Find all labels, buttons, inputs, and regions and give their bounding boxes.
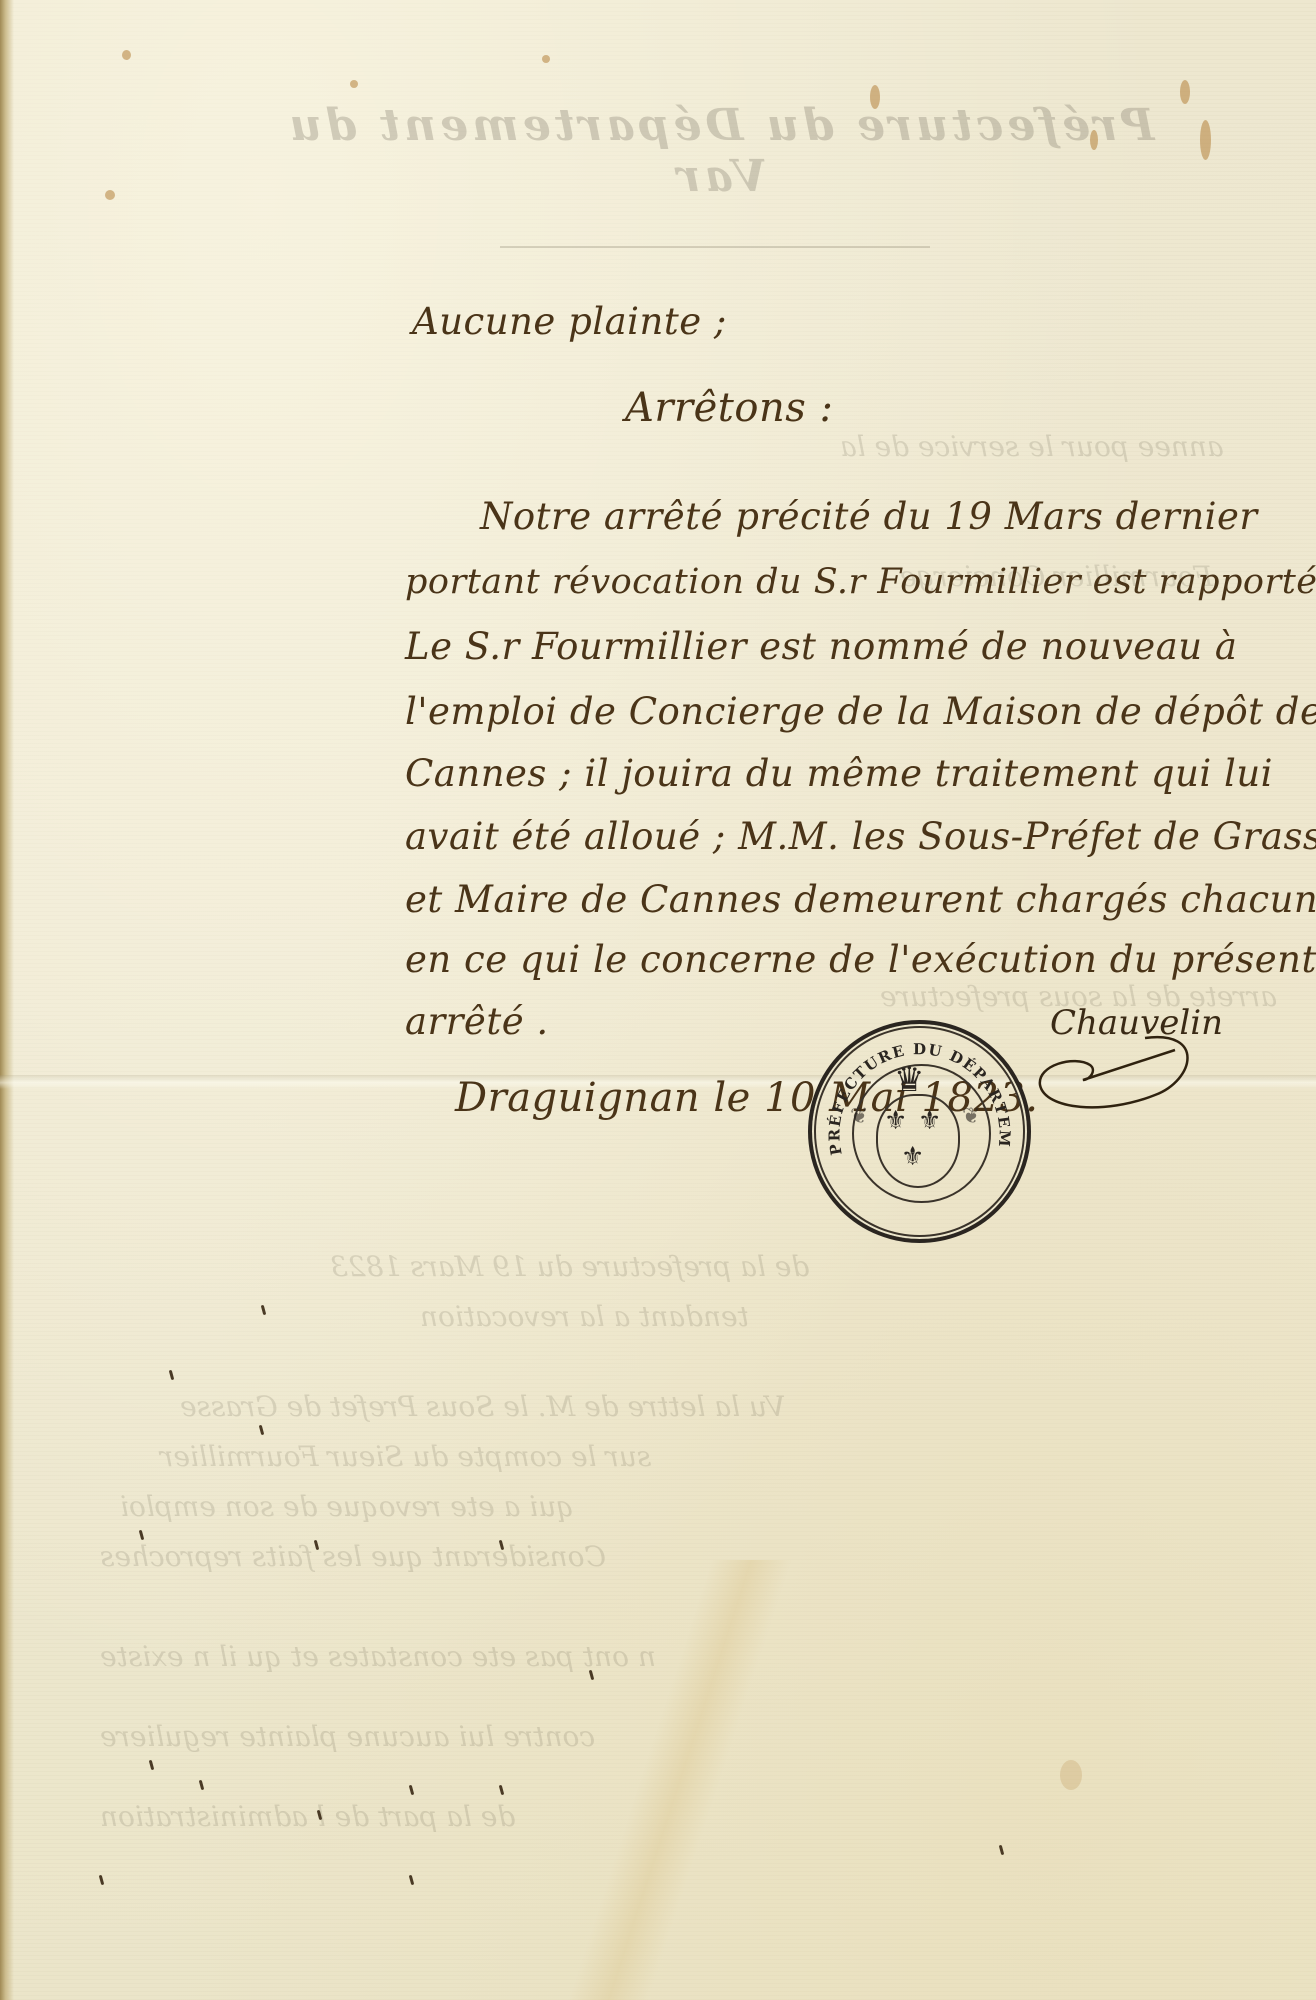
text-line: Notre arrêté précité du 19 Mars dernier	[480, 495, 1258, 538]
bleed-through-text: de la prefecture du 19 Mars 1823	[330, 1250, 809, 1283]
foxing-stain	[542, 55, 550, 63]
foxing-stain	[1180, 80, 1190, 104]
laurel-left-icon: ❦	[850, 1104, 868, 1129]
signature-paraph	[1035, 1030, 1215, 1120]
foxing-stain	[105, 190, 115, 200]
text-line: arrêté .	[405, 1000, 549, 1043]
bleed-through-text: annee pour le service de la	[840, 430, 1224, 463]
paper-edge	[0, 0, 14, 2000]
text-line: l'emploi de Concierge de la Maison de dé…	[405, 690, 1316, 733]
text-line: et Maire de Cannes demeurent chargés cha…	[405, 878, 1316, 921]
text-line: Le S.r Fourmillier est nommé de nouveau …	[405, 625, 1237, 668]
foxing-stain	[1200, 120, 1211, 160]
fleur-de-lis-icon: ⚜	[901, 1142, 924, 1172]
foxing-stain	[122, 50, 131, 60]
prefecture-seal: PRÉFECTURE DU DÉPARTEMENT DU VAR ♛ ⚜ ⚜ ⚜…	[808, 1020, 1031, 1243]
fleur-de-lis-icon: ⚜	[884, 1106, 907, 1136]
text-line: avait été alloué ; M.M. les Sous-Préfet …	[405, 815, 1316, 858]
text-line: Aucune plainte ;	[412, 300, 727, 343]
laurel-right-icon: ❦	[962, 1104, 980, 1129]
bleed-through-text: contre lui aucune plainte reguliere	[100, 1720, 595, 1753]
foxing-stain	[1060, 1760, 1082, 1790]
foxing-stain	[350, 80, 358, 88]
bleed-through-text: n ont pas ete constates et qu il n exist…	[100, 1640, 656, 1673]
bleed-through-text: Vu la lettre de M. le Sous Prefet de Gra…	[180, 1390, 785, 1423]
bleed-through-text: de la part de l administration	[100, 1800, 515, 1833]
bleed-through-text: Considerant que les faits reproches	[100, 1540, 606, 1573]
heading-arretons: Arrêtons :	[625, 385, 833, 431]
text-line: Cannes ; il jouira du même traitement qu…	[405, 752, 1273, 795]
fleur-de-lis-icon: ⚜	[918, 1106, 941, 1136]
letterhead-rule	[500, 246, 930, 248]
text-line: portant révocation du S.r Fourmillier es…	[405, 562, 1316, 602]
text-line: en ce qui le concerne de l'exécution du …	[405, 938, 1316, 981]
bleed-through-text: sur le compte du Sieur Fourmillier	[160, 1440, 651, 1473]
letterhead: Préfecture du Département du Var	[260, 100, 1180, 202]
bleed-through-text: qui a ete revoque de son emploi	[120, 1490, 574, 1523]
bleed-through-text: tendant a la revocation	[420, 1300, 749, 1333]
